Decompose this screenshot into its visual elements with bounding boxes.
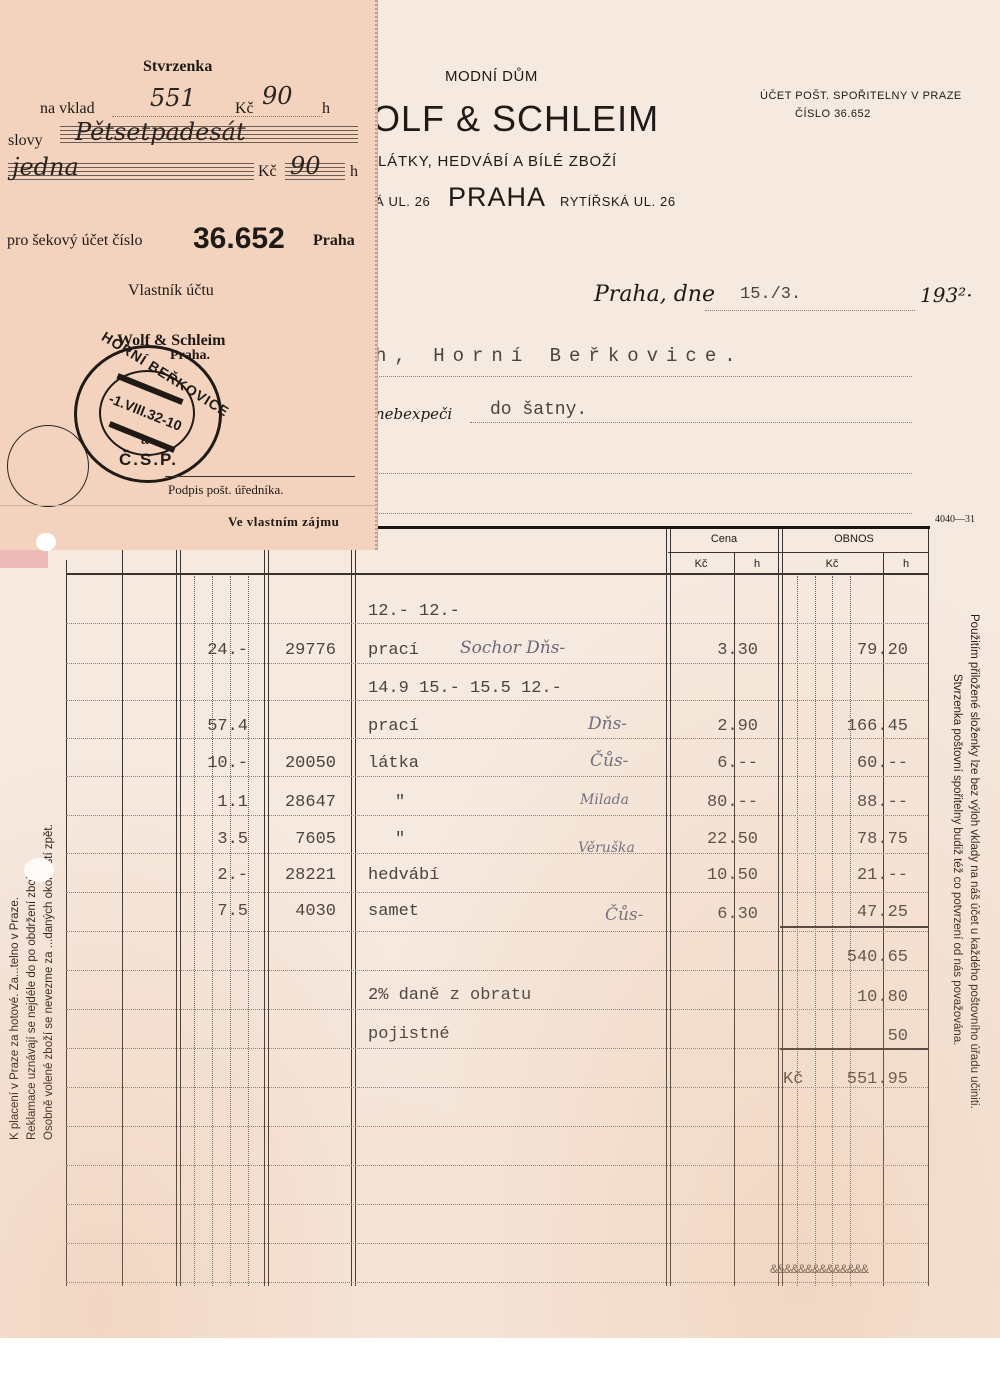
row-total: 166.45 xyxy=(780,717,908,736)
row-dot xyxy=(66,1282,928,1283)
left-note-line2: Reklamace uznávají se nejdéle do po obdr… xyxy=(24,700,41,1140)
row-desc: 14.9 15.- 15.5 12.- xyxy=(368,679,562,698)
insurance-label: pojistné xyxy=(368,1025,450,1044)
row-total: 21.-- xyxy=(780,866,908,885)
account-owner-label: Vlastník účtu xyxy=(128,282,214,300)
receipt-slip: Stvrzenka na vklad 551 Kč 90 h slovy Pět… xyxy=(0,0,377,550)
words-label: slovy xyxy=(8,132,43,150)
postal-account-line1: ÚČET POŠT. SPOŘITELNY V PRAZE xyxy=(760,90,962,102)
row-price: 3.30 xyxy=(668,641,758,660)
row-qty: 3.5 xyxy=(180,830,248,849)
slip-divider xyxy=(0,505,377,506)
blank-dotted-line xyxy=(377,513,912,514)
header-split-line xyxy=(668,552,928,553)
row-dot xyxy=(66,738,928,739)
row-number: 7605 xyxy=(268,830,336,849)
delivery-value: do šatny. xyxy=(490,400,587,420)
row-price: 80.-- xyxy=(668,793,758,812)
tax-label: 2% daně z obratu xyxy=(368,986,531,1005)
row-total: 78.75 xyxy=(780,830,908,849)
signature-line xyxy=(165,476,355,477)
red-stain xyxy=(0,548,48,568)
row-dot xyxy=(66,931,928,932)
row-qty: 57.4 xyxy=(180,717,248,736)
row-dot xyxy=(66,1165,928,1166)
col-line xyxy=(928,529,929,1286)
deposit-amount: 551 xyxy=(150,84,196,112)
stamp-letter: a xyxy=(141,432,148,447)
row-desc: látka xyxy=(368,754,419,773)
row-desc: samet xyxy=(368,902,419,921)
total-header: OBNOS xyxy=(780,533,928,545)
row-dot xyxy=(66,1204,928,1205)
row-qty: 24.- xyxy=(180,641,248,660)
postal-account-line2: ČÍSLO 36.652 xyxy=(795,108,871,120)
row-qty: 2.- xyxy=(180,866,248,885)
stamp-org: Č.S.P. xyxy=(119,450,178,470)
words-kc-label: Kč xyxy=(258,163,277,181)
punch-hole xyxy=(24,858,54,882)
row-dot xyxy=(66,892,928,893)
ornamental-border: &&&&&&&&&&&&&& xyxy=(770,1262,868,1276)
row-dot xyxy=(66,1009,928,1010)
slip-title: Stvrzenka xyxy=(143,58,212,76)
words-heller: 90 xyxy=(290,152,321,180)
amount-in-words-line1: Pětsetpadesát xyxy=(75,118,246,146)
perforation-edge xyxy=(375,0,377,550)
letterhead-firm-name: OLF & SCHLEIM xyxy=(372,98,659,140)
delivery-label: nebexpeči xyxy=(375,405,452,423)
total-rule xyxy=(780,1048,928,1050)
total-h-header: h xyxy=(884,558,928,570)
punch-hole xyxy=(36,533,56,551)
header-bottom-rule xyxy=(66,573,928,575)
price-h-header: h xyxy=(734,558,780,570)
right-margin-notes: Použitím přiložené složenky lze bez výlo… xyxy=(948,614,982,1214)
row-desc: " xyxy=(395,793,405,812)
row-total: 88.-- xyxy=(780,793,908,812)
date-label: Praha, dne xyxy=(594,282,715,307)
row-price: 10.50 xyxy=(668,866,758,885)
date-value: 15./3. xyxy=(740,285,801,304)
grand-total-value: 551.95 xyxy=(800,1070,908,1089)
row-desc: hedvábí xyxy=(368,866,439,885)
row-dot xyxy=(66,663,928,664)
stamp-circle-empty xyxy=(7,425,89,507)
row-note: Sochor Dňs- xyxy=(460,638,565,658)
delivery-dotted-line xyxy=(470,422,912,423)
letterhead-goods: LÁTKY, HEDVÁBÍ A BÍLÉ ZBOŽÍ xyxy=(378,153,617,170)
date-dotted-line xyxy=(705,310,915,311)
row-dot xyxy=(66,1243,928,1244)
signature-label: Podpis pošt. úředníka. xyxy=(168,482,284,498)
row-qty: 7.5 xyxy=(180,902,248,921)
deposit-label: na vklad xyxy=(40,100,95,118)
recipient-dotted-line xyxy=(377,376,912,377)
row-dot xyxy=(66,853,928,854)
deposit-heller: 90 xyxy=(262,82,293,110)
left-note-line3: Osobně volené zboží se nevezme za ...dan… xyxy=(41,700,58,1140)
row-total: 79.20 xyxy=(780,641,908,660)
letterhead-address-right: RYTÍŘSKÁ UL. 26 xyxy=(560,194,676,209)
recipient: h, Horní Beřkovice. xyxy=(375,345,744,367)
left-note-line1: K placení v Praze za hotové. Za...telno … xyxy=(7,700,24,1140)
row-price: 6.-- xyxy=(668,754,758,773)
row-dot xyxy=(66,1126,928,1127)
price-header: Cena xyxy=(668,533,780,545)
col-line xyxy=(122,529,123,1286)
row-price: 6.30 xyxy=(668,905,758,924)
row-note: Věruška xyxy=(578,840,635,856)
row-dot xyxy=(66,623,928,624)
postmark-stamp: HORNÍ BEŘKOVICE -1.VIII.32-10 a Č.S.P. xyxy=(74,345,222,483)
row-number: 28221 xyxy=(268,866,336,885)
total-kc-header: Kč xyxy=(780,558,884,570)
row-qty: 1.1 xyxy=(180,793,248,812)
words-h-label: h xyxy=(350,163,358,181)
row-note: Milada xyxy=(580,792,629,808)
check-account-label: pro šekový účet číslo xyxy=(7,232,143,250)
row-price: 2.90 xyxy=(668,717,758,736)
deposit-kc-label: Kč xyxy=(235,100,254,118)
row-number: 29776 xyxy=(268,641,336,660)
row-desc: 12.- 12.- xyxy=(368,602,460,621)
check-account-number: 36.652 xyxy=(193,222,285,256)
row-dot xyxy=(66,776,928,777)
amount-in-words-line2: jedna xyxy=(12,153,79,181)
row-note: Čůs- xyxy=(590,751,628,771)
subtotal-rule xyxy=(780,926,928,928)
row-desc: " xyxy=(395,830,405,849)
row-number: 20050 xyxy=(268,754,336,773)
row-dot xyxy=(66,970,928,971)
left-margin-notes: K placení v Praze za hotové. Za...telno … xyxy=(7,700,58,1140)
row-price: 22.50 xyxy=(668,830,758,849)
row-total: 47.25 xyxy=(780,903,908,922)
price-kc-header: Kč xyxy=(668,558,734,570)
blank-dotted-line xyxy=(377,473,912,474)
row-total: 60.-- xyxy=(780,754,908,773)
row-dot xyxy=(66,700,928,701)
own-interest-label: Ve vlastním zájmu xyxy=(228,514,339,530)
row-qty: 10.- xyxy=(180,754,248,773)
right-note-line2: Stvrzenka poštovní spořitelny budiž též … xyxy=(948,614,965,1214)
right-note-line1: Použitím přiložené složenky lze bez výlo… xyxy=(965,614,982,1214)
check-account-city: Praha xyxy=(313,232,355,250)
row-note: Čůs- xyxy=(605,905,643,925)
row-note: Dňs- xyxy=(588,714,627,734)
deposit-h-label: h xyxy=(322,100,330,118)
form-number: 4040—31 xyxy=(935,514,975,525)
letterhead-pretitle: MODNÍ DŮM xyxy=(445,68,538,85)
row-dot xyxy=(66,815,928,816)
insurance-value: 50 xyxy=(780,1027,908,1046)
row-desc: prací xyxy=(368,641,419,660)
row-number: 4030 xyxy=(268,902,336,921)
row-number: 28647 xyxy=(268,793,336,812)
letterhead-address-left: Á UL. 26 xyxy=(375,194,430,209)
row-desc: prací xyxy=(368,717,419,736)
col-line xyxy=(66,560,67,1286)
date-year: 193²· xyxy=(920,283,973,307)
deposit-dotted-line xyxy=(112,116,322,117)
subtotal-value: 540.65 xyxy=(780,948,908,967)
letterhead-city: PRAHA xyxy=(448,182,546,213)
col-line xyxy=(351,529,356,1286)
tax-value: 10.80 xyxy=(780,988,908,1007)
